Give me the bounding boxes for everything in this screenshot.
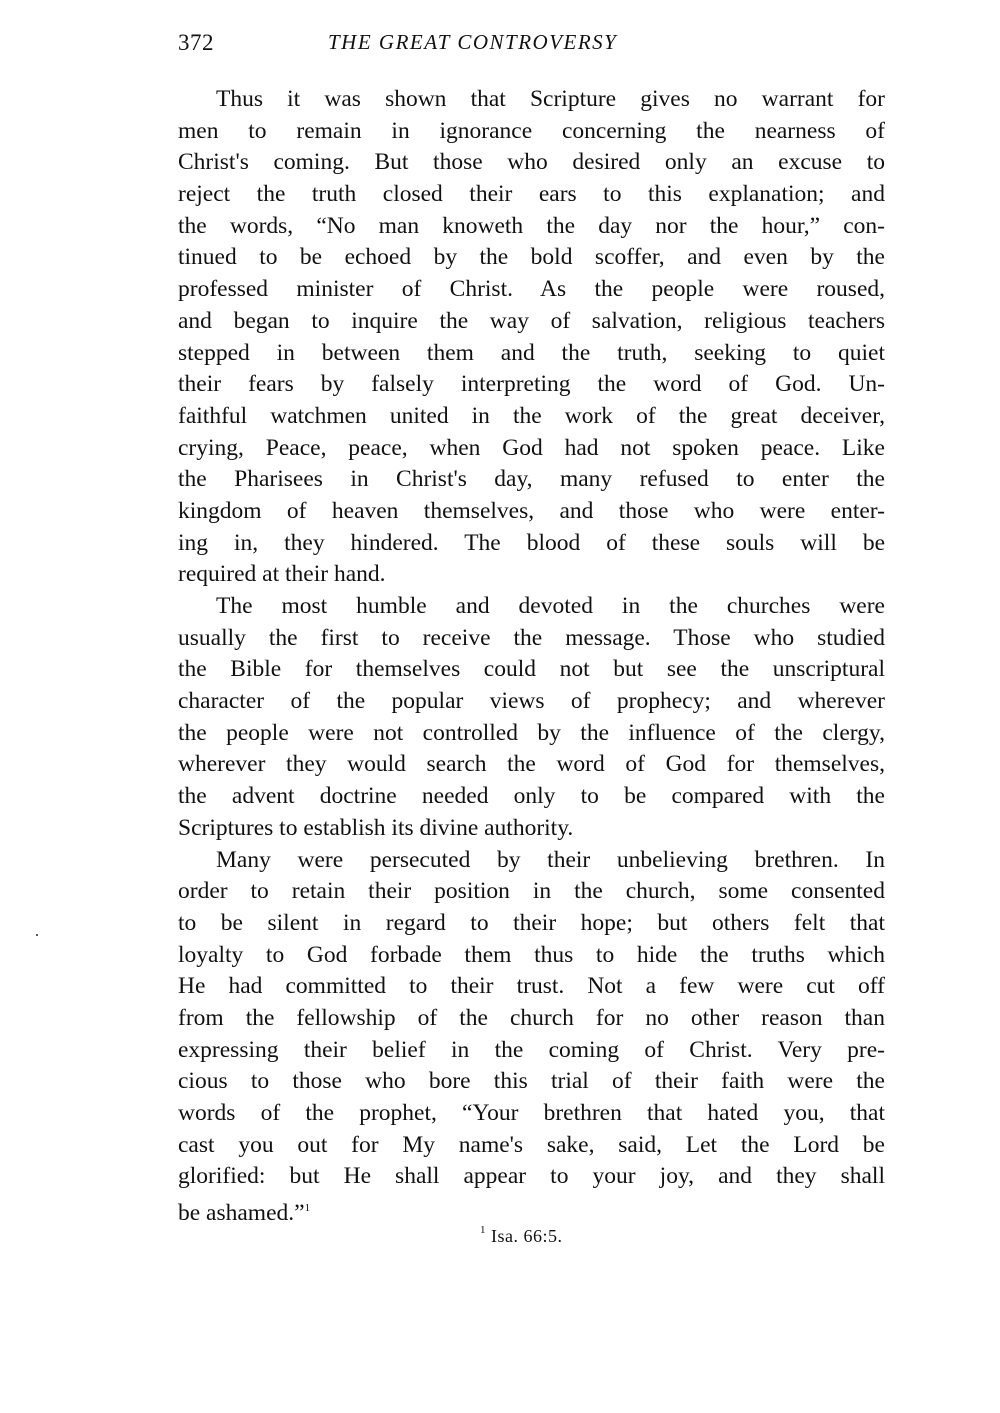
book-page: 372 THE GREAT CONTROVERSY Thus it was sh… xyxy=(0,0,1000,1413)
body-text: Thus it was shown that Scripture gives n… xyxy=(178,84,885,1225)
text-line: character of the popular views of prophe… xyxy=(178,686,885,718)
text-line: required at their hand. xyxy=(178,559,885,591)
text-line: the Bible for themselves could not but s… xyxy=(178,654,885,686)
text-line: The most humble and devoted in the churc… xyxy=(178,591,885,623)
text-line: kingdom of heaven themselves, and those … xyxy=(178,496,885,528)
page-number: 372 xyxy=(178,30,214,56)
text-line: their fears by falsely interpreting the … xyxy=(178,369,885,401)
text-line: order to retain their position in the ch… xyxy=(178,876,885,908)
text-line: from the fellowship of the church for no… xyxy=(178,1003,885,1035)
text-line: ing in, they hindered. The blood of thes… xyxy=(178,528,885,560)
text-line: the advent doctrine needed only to be co… xyxy=(178,781,885,813)
book-title: THE GREAT CONTROVERSY xyxy=(328,30,617,55)
text-line: crying, Peace, peace, when God had not s… xyxy=(178,433,885,465)
text-line: cious to those who bore this trial of th… xyxy=(178,1066,885,1098)
footnote: 1 Isa. 66:5. xyxy=(480,1224,563,1247)
text-line: words of the prophet, “Your brethren tha… xyxy=(178,1098,885,1130)
text-line: reject the truth closed their ears to th… xyxy=(178,179,885,211)
scan-speck xyxy=(36,934,38,936)
text-line: professed minister of Christ. As the peo… xyxy=(178,274,885,306)
text-line: glorified: but He shall appear to your j… xyxy=(178,1161,885,1193)
text-line-with-footnote-ref: be ashamed.”1 xyxy=(178,1193,885,1225)
paragraph-1: Thus it was shown that Scripture gives n… xyxy=(178,84,885,591)
paragraph-2: The most humble and devoted in the churc… xyxy=(178,591,885,845)
running-head: 372 THE GREAT CONTROVERSY xyxy=(178,30,885,60)
text-line: stepped in between them and the truth, s… xyxy=(178,338,885,370)
paragraph-3: Many were persecuted by their unbelievin… xyxy=(178,845,885,1225)
text-line: to be silent in regard to their hope; bu… xyxy=(178,908,885,940)
text-line: usually the first to receive the message… xyxy=(178,623,885,655)
text-line: cast you out for My name's sake, said, L… xyxy=(178,1130,885,1162)
text-line: the Pharisees in Christ's day, many refu… xyxy=(178,464,885,496)
text-line: faithful watchmen united in the work of … xyxy=(178,401,885,433)
text-line: Scriptures to establish its divine autho… xyxy=(178,813,885,845)
text-line: Many were persecuted by their unbelievin… xyxy=(178,845,885,877)
footnote-reference[interactable]: 1 xyxy=(305,1202,311,1214)
text-line: loyalty to God forbade them thus to hide… xyxy=(178,940,885,972)
text-line: Christ's coming. But those who desired o… xyxy=(178,147,885,179)
footnote-marker: 1 xyxy=(480,1224,486,1236)
text-line: the people were not controlled by the in… xyxy=(178,718,885,750)
text-line: and began to inquire the way of salvatio… xyxy=(178,306,885,338)
text-line: men to remain in ignorance concerning th… xyxy=(178,116,885,148)
text-line: the words, “No man knoweth the day nor t… xyxy=(178,211,885,243)
text-line: be ashamed.” xyxy=(178,1200,305,1226)
text-line: tinued to be echoed by the bold scoffer,… xyxy=(178,242,885,274)
footnote-text: Isa. 66:5. xyxy=(491,1226,563,1246)
text-line: Thus it was shown that Scripture gives n… xyxy=(178,84,885,116)
text-line: wherever they would search the word of G… xyxy=(178,749,885,781)
text-line: expressing their belief in the coming of… xyxy=(178,1035,885,1067)
text-line: He had committed to their trust. Not a f… xyxy=(178,971,885,1003)
